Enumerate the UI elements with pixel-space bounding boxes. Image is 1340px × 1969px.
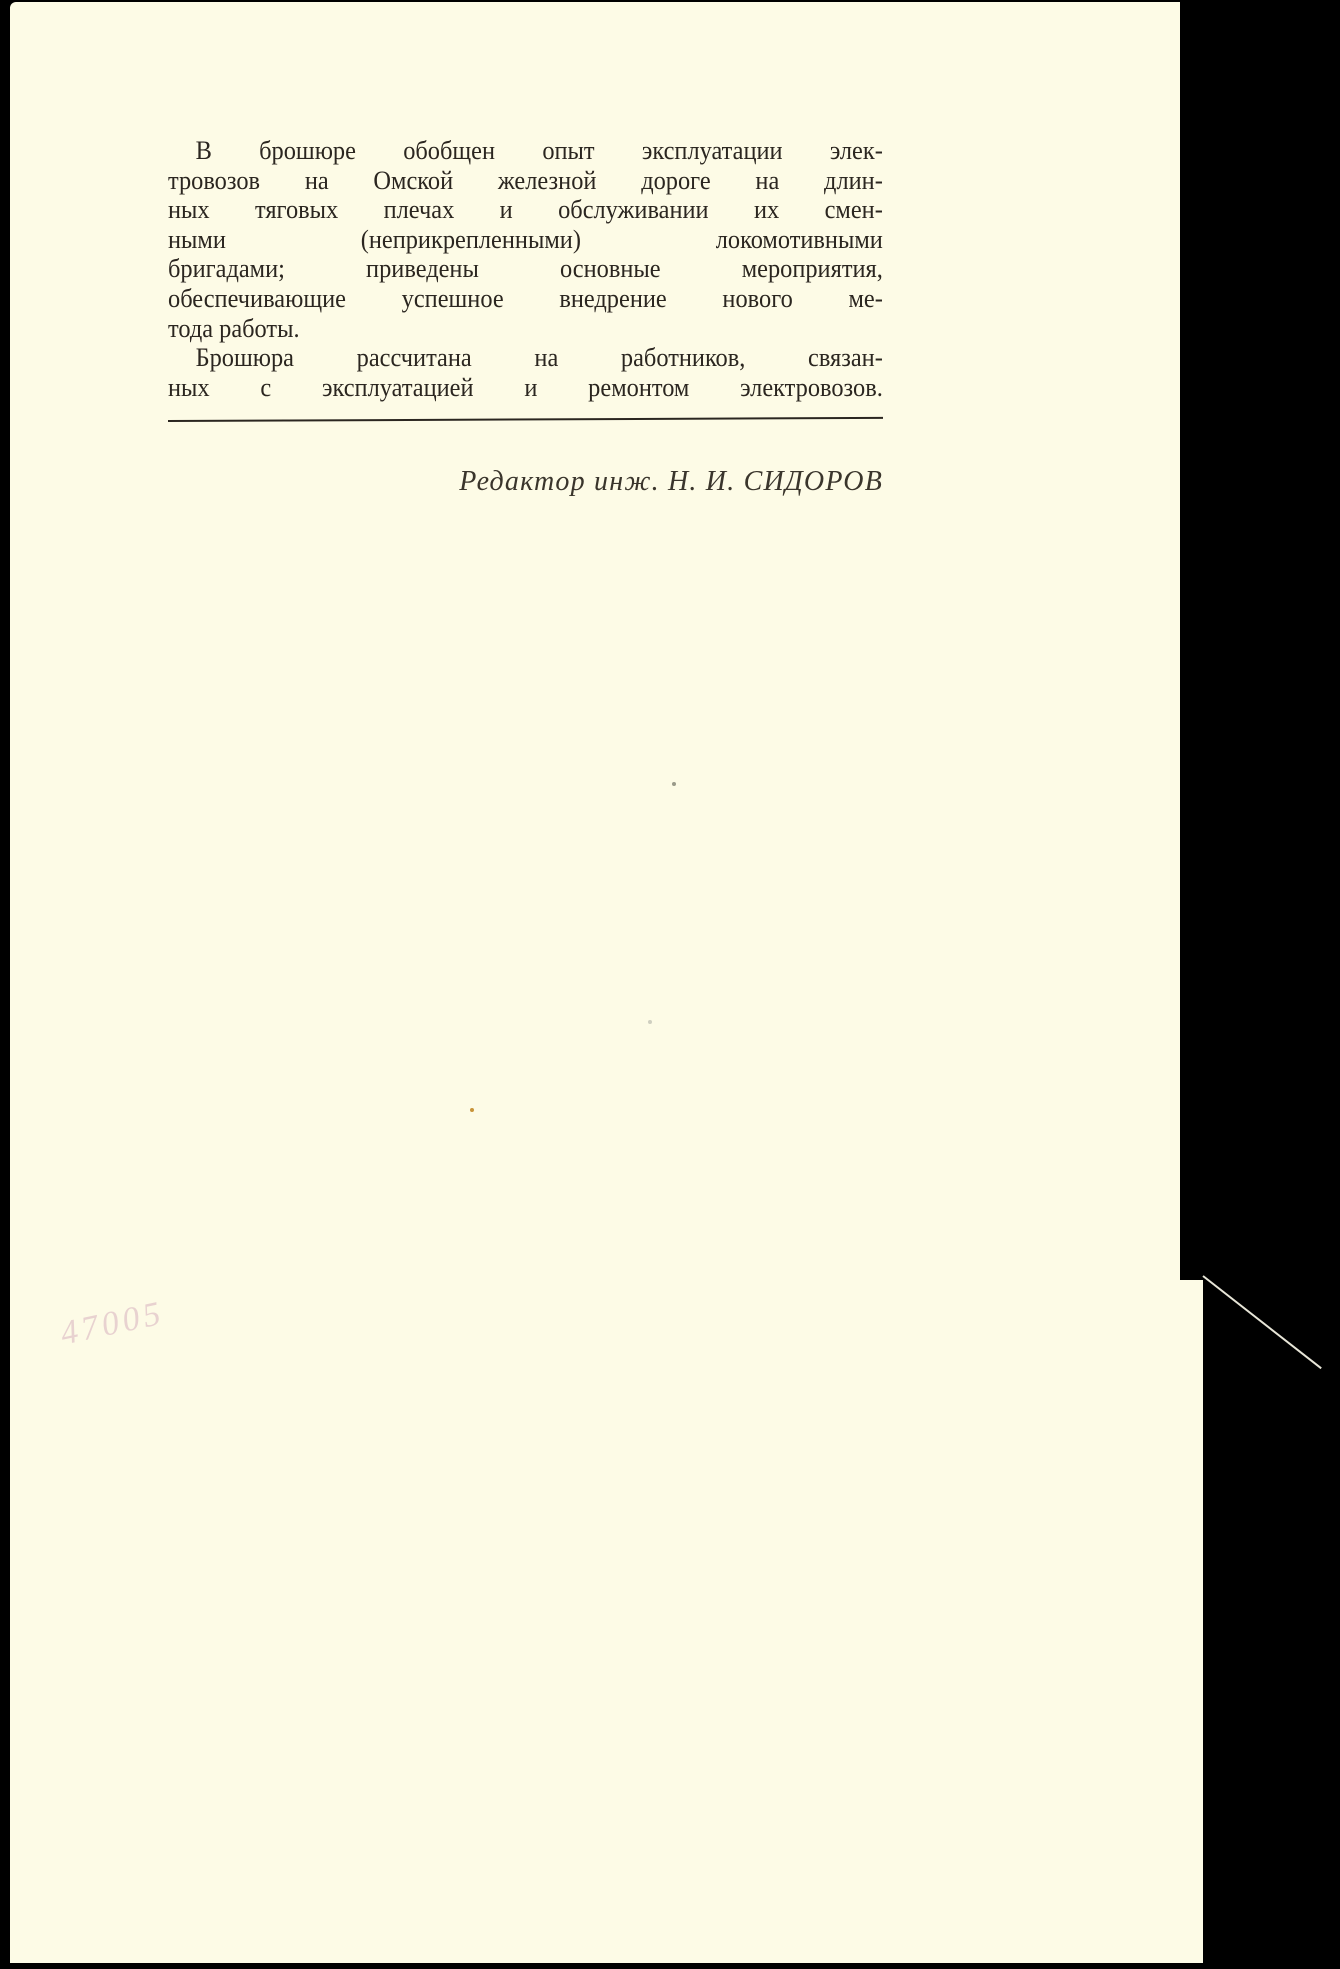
annotation-line: тровозов на Омской железной дороге на дл… [168, 166, 883, 196]
annotation-line: обеспечивающие успешное внедрение нового… [168, 284, 883, 314]
audience-line: Брошюра рассчитана на работников, связан… [168, 343, 883, 373]
annotation-line: бригадами; приведены основные мероприяти… [168, 254, 883, 284]
paper-speck [648, 1020, 652, 1024]
paper-speck [470, 1108, 474, 1112]
editor-credit: Редактор инж. Н. И. СИДОРОВ [370, 466, 883, 498]
page-edge-fold [1202, 1275, 1321, 1369]
paper-page-lower-edge [10, 1280, 1203, 1963]
annotation-line: тода работы. [168, 314, 883, 344]
annotation-line: ных тяговых плечах и обслуживании их сме… [168, 195, 883, 225]
annotation-line: В брошюре обобщен опыт эксплуатации элек… [168, 136, 883, 166]
annotation-line: ными (неприкрепленными) локомотивными [168, 225, 883, 255]
paper-speck [672, 782, 676, 786]
annotation-text: В брошюре обобщен опыт эксплуатации элек… [168, 136, 826, 402]
audience-line: ных с эксплуатацией и ремонтом электрово… [168, 373, 883, 403]
